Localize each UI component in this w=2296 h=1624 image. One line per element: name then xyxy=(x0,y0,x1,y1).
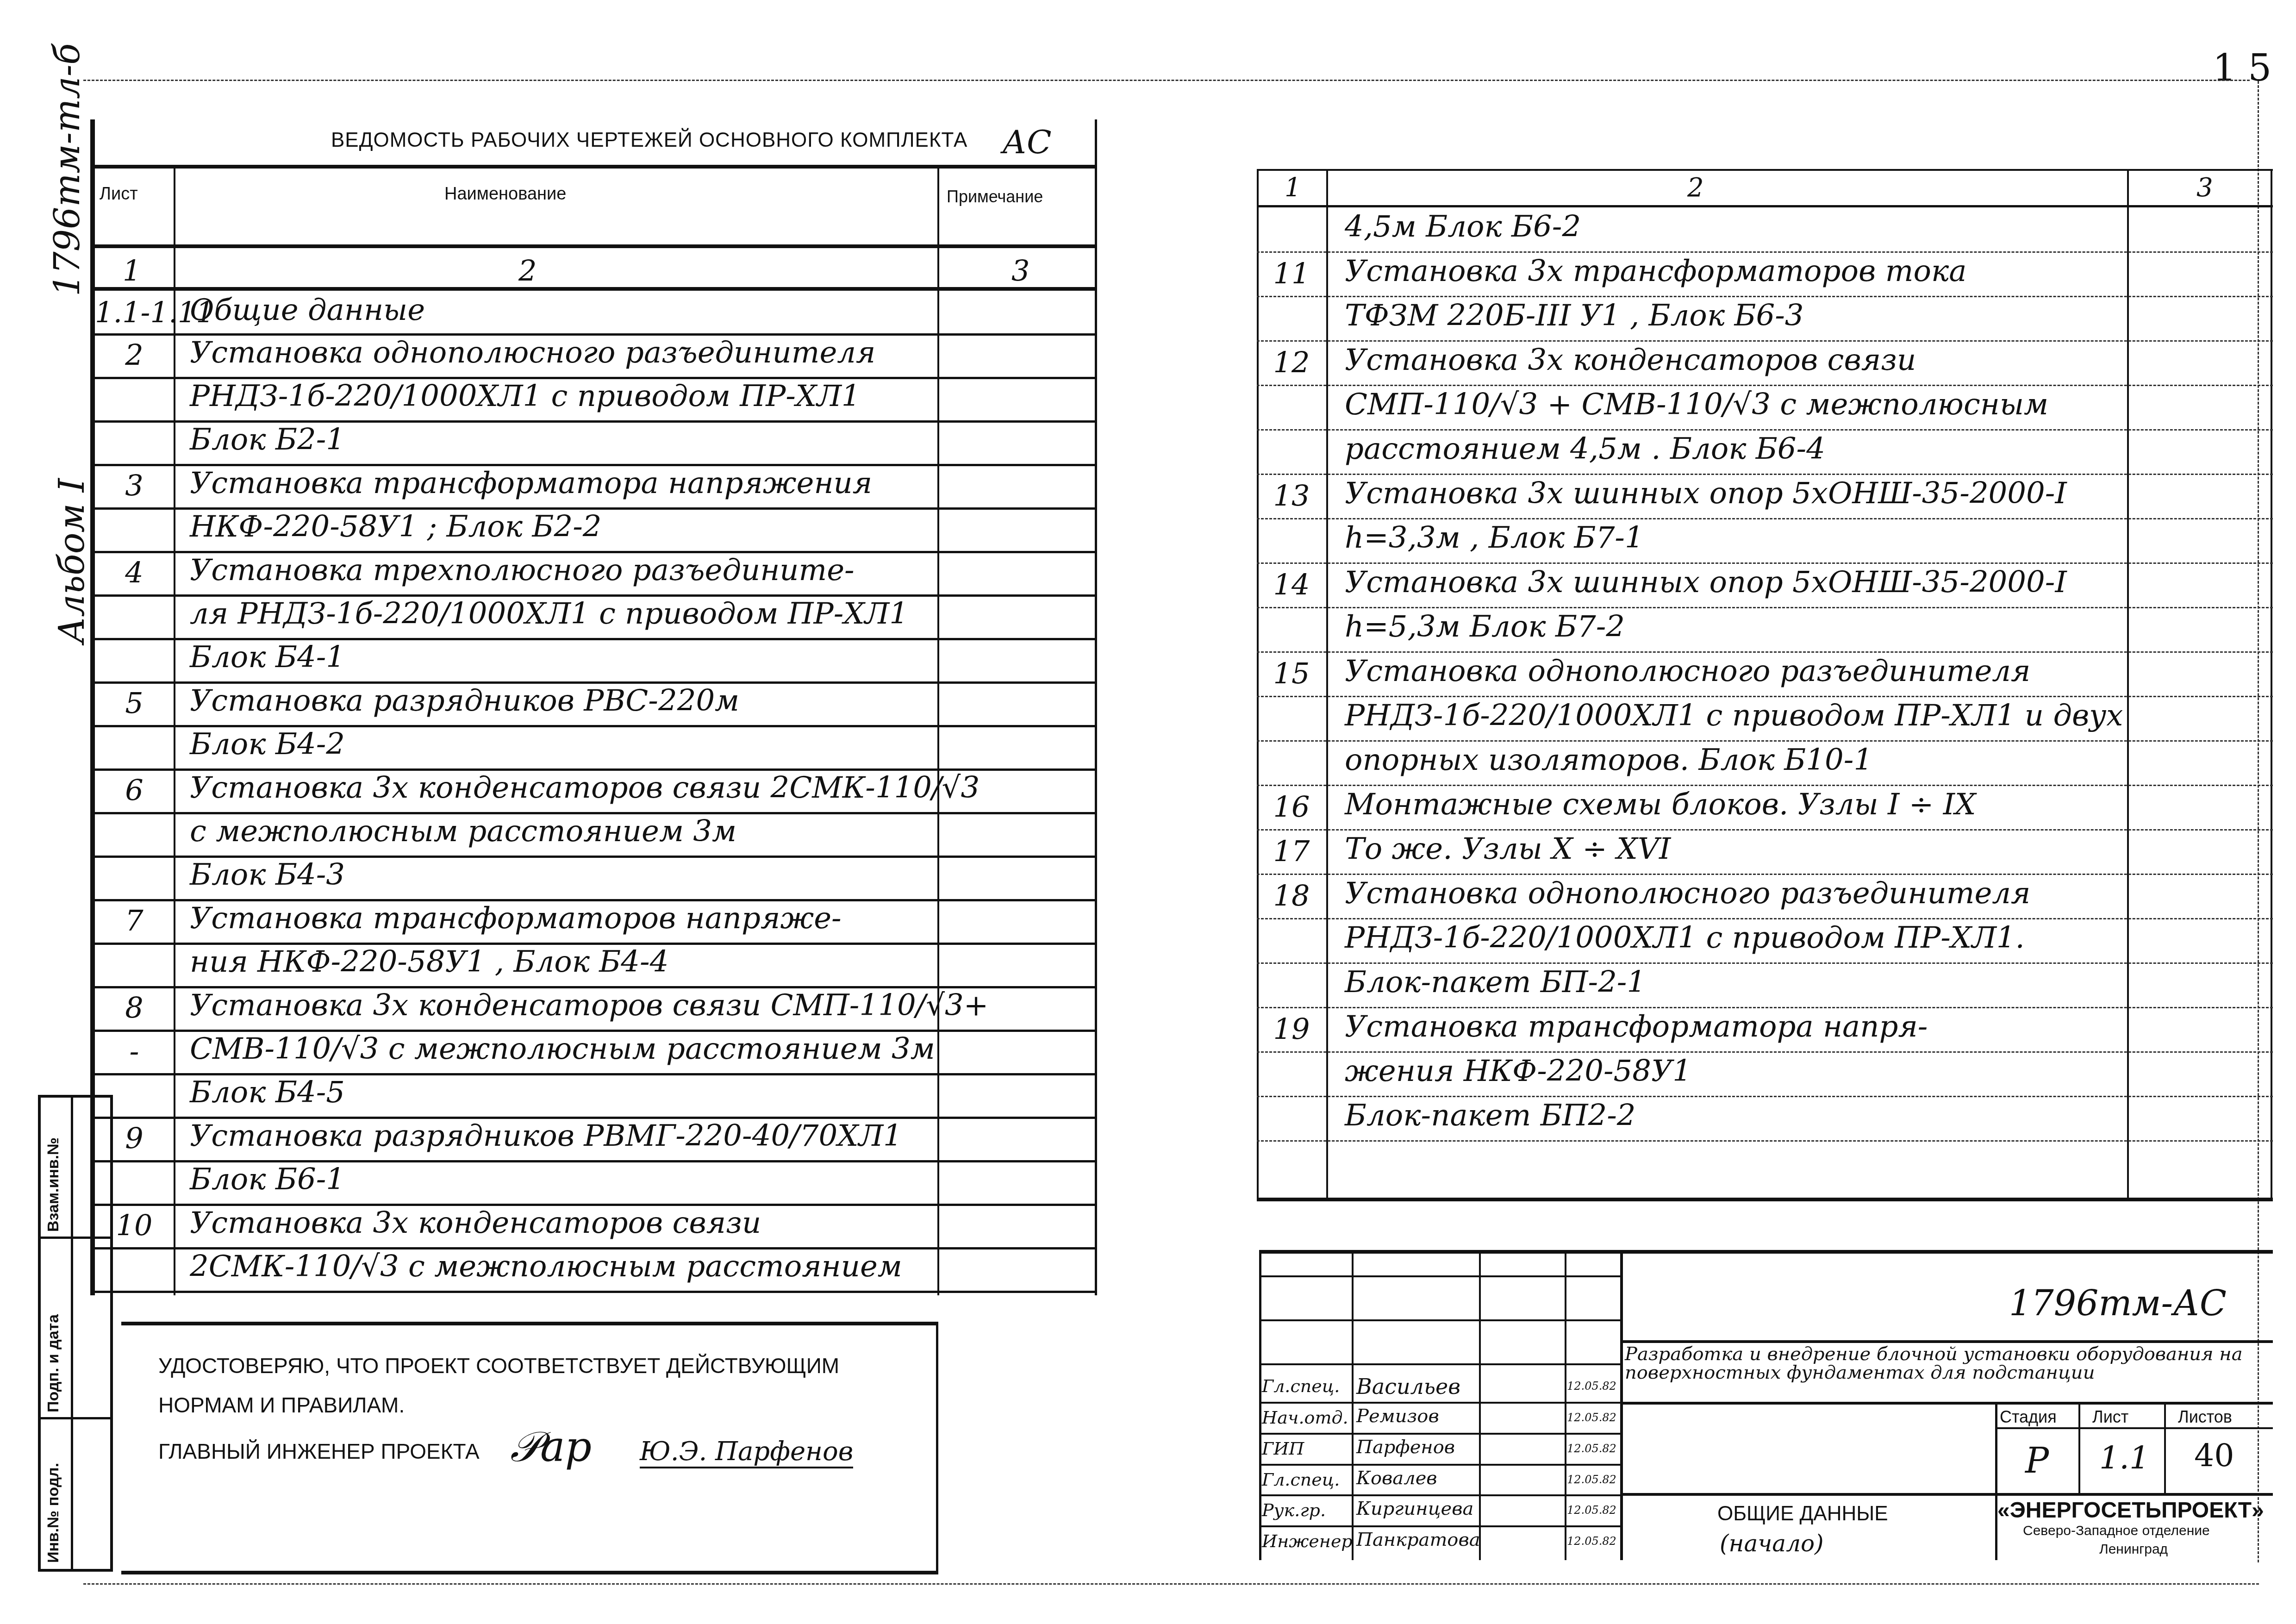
sheet-label: Лист xyxy=(2092,1407,2128,1427)
project-title: Разработка и внедрение блочной установки… xyxy=(1625,1345,2268,1382)
certification-box: УДОСТОВЕРЯЮ, ЧТО ПРОЕКТ СООТВЕТСТВУЕТ ДЕ… xyxy=(121,1322,938,1574)
stamp-inv-original: Инв.№ подл. xyxy=(44,1463,62,1563)
chief-engineer-name: Ю.Э. Парфенов xyxy=(640,1437,853,1468)
organization-branch: Северо-Западное отделение xyxy=(2023,1523,2210,1539)
stamp-sign-date: Подп. и дата xyxy=(44,1314,62,1412)
sheet-title: ОБЩИЕ ДАННЫЕ xyxy=(1717,1502,1888,1525)
sheets-value: 40 xyxy=(2194,1437,2234,1474)
col-num-1: 1 xyxy=(123,254,141,287)
chief-engineer-label: ГЛАВНЫЙ ИНЖЕНЕР ПРОЕКТА xyxy=(158,1439,480,1464)
margin-code: 1796тм-тл-б xyxy=(46,43,87,296)
side-stamp: Взам.инв.№ Подп. и дата Инв.№ подл. xyxy=(38,1095,113,1572)
drawings-list-left: ВЕДОМОСТЬ РАБОЧИХ ЧЕРТЕЖЕЙ ОСНОВНОГО КОМ… xyxy=(95,119,1099,1295)
organization-name: «ЭНЕРГОСЕТЬПРОЕКТ» xyxy=(1997,1498,2264,1523)
stage-label: Стадия xyxy=(2000,1407,2057,1427)
certification-line-1: УДОСТОВЕРЯЮ, ЧТО ПРОЕКТ СООТВЕТСТВУЕТ ДЕ… xyxy=(158,1353,839,1378)
sheets-label: Листов xyxy=(2178,1407,2232,1427)
stage-value: Р xyxy=(2025,1440,2049,1481)
header-note: Примечание xyxy=(947,187,1043,206)
header-name: Наименование xyxy=(444,184,566,204)
stamp-replace-inv: Взам.инв.№ xyxy=(44,1137,62,1232)
frame-bottom-border xyxy=(83,1583,2259,1585)
document-code: 1796тм-АС xyxy=(2009,1282,2227,1324)
chief-engineer-signature: 𝒫ар xyxy=(510,1423,592,1472)
margin-album: Альбом I xyxy=(51,478,92,643)
col-num-2: 2 xyxy=(518,254,537,287)
col-num-3: 3 xyxy=(2196,173,2213,203)
col-num-1: 1 xyxy=(1285,173,1301,203)
header-sheet: Лист xyxy=(100,184,138,204)
title-block: Гл.спец. Васильев 12.05.82 Нач.отд. Реми… xyxy=(1259,1250,2273,1560)
list-title-mark: АС xyxy=(1002,123,1052,161)
col-num-3: 3 xyxy=(1011,254,1029,287)
col-num-2: 2 xyxy=(1687,173,1704,203)
sheet-value: 1.1 xyxy=(2099,1440,2149,1476)
certification-line-2: НОРМАМ И ПРАВИЛАМ. xyxy=(158,1393,405,1418)
drawings-list-right: 1 2 3 4,5м Блок Б6-2 11Установка 3х тран… xyxy=(1257,169,2273,1201)
organization-city: Ленинград xyxy=(2099,1542,2168,1557)
sheet-corner-mark: 1 5 xyxy=(2213,46,2271,89)
sheet-subtitle: (начало) xyxy=(1720,1530,1824,1557)
frame-top-border xyxy=(83,80,2250,81)
list-title: ВЕДОМОСТЬ РАБОЧИХ ЧЕРТЕЖЕЙ ОСНОВНОГО КОМ… xyxy=(331,129,967,152)
